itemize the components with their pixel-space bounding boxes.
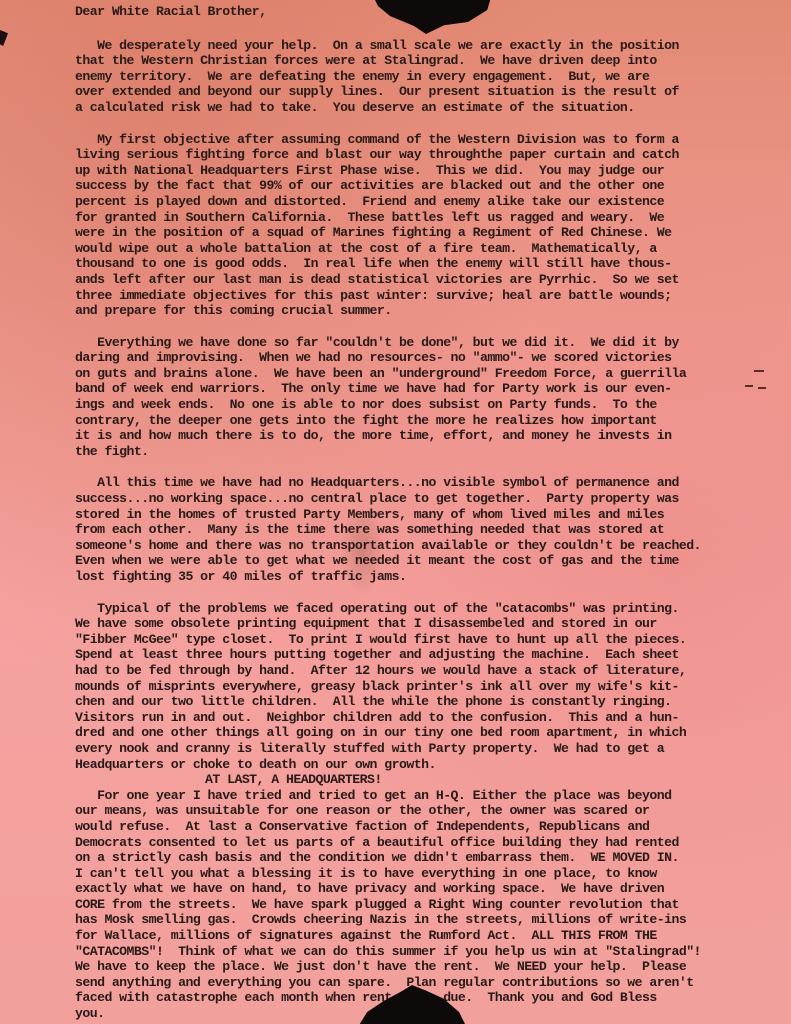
text-line: Headquarters or choke to death on our ow… [75,757,755,773]
paragraph-5: Typical of the problems we faced operati… [75,601,755,773]
text-line: every nook and cranny is literally stuff… [75,741,755,757]
text-line: My first objective after assuming comman… [75,132,755,148]
text-line: had to be fed through by hand. After 12 … [75,663,755,679]
text-line: Typical of the problems we faced operati… [75,601,755,617]
text-line: We have some obsolete printing equipment… [75,616,755,632]
text-line: Democrats consented to let us parts of a… [75,835,755,851]
text-line: on guts and brains alone. We have been a… [75,366,755,382]
text-line: Spend at least three hours putting toget… [75,647,755,663]
text-line: dred and one other things all going on i… [75,725,755,741]
salutation: Dear White Racial Brother, [75,4,755,20]
text-line: exactly what we have on hand, to have pr… [75,881,755,897]
text-line: percent is played down and distorted. Fr… [75,194,755,210]
text-line: thousand to one is good odds. In real li… [75,256,755,272]
text-line: up with National Headquarters First Phas… [75,163,755,179]
text-line: for Wallace, millions of signatures agai… [75,928,755,944]
text-line: chen and our two little children. All th… [75,694,755,710]
text-line: Even when we were able to get what we ne… [75,553,755,569]
paragraph-4: All this time we have had no Headquarter… [75,475,755,584]
text-line: and prepare for this coming crucial summ… [75,303,755,319]
text-line: has Mosk smelling gas. Crowds cheering N… [75,912,755,928]
text-line: CORE from the streets. We have spark plu… [75,897,755,913]
text-line: our means, was unsuitable for one reason… [75,803,755,819]
text-line: success by the fact that 99% of our acti… [75,178,755,194]
text-line: over extended and beyond our supply line… [75,84,755,100]
text-line: three immediate objectives for this past… [75,288,755,304]
text-line: "CATACOMBS"! Think of what we can do thi… [75,944,755,960]
text-line: would refuse. At last a Conservative fac… [75,819,755,835]
text-line: "Fibber McGee" type closet. To print I w… [75,632,755,648]
text-line: All this time we have had no Headquarter… [75,475,755,491]
text-line: success...no working space...no central … [75,491,755,507]
text-line: were in the position of a squad of Marin… [75,225,755,241]
text-line: from each other. Many is the time there … [75,522,755,538]
paragraph-1: We desperately need your help. On a smal… [75,38,755,116]
text-line: Everything we have done so far "couldn't… [75,335,755,351]
text-line: I can't tell you what a blessing it is t… [75,866,755,882]
text-line: someone's home and there was no transpor… [75,538,755,554]
letter-body: Dear White Racial Brother, We desperatel… [75,4,755,1022]
text-line: We have to keep the place. We just don't… [75,959,755,975]
text-line: the fight. [75,444,755,460]
edge-tear-mark [0,30,8,46]
text-line: lost fighting 35 or 40 miles of traffic … [75,569,755,585]
section-heading: AT LAST, A HEADQUARTERS! [75,772,755,788]
text-line: ands left after our last man is dead sta… [75,272,755,288]
text-line: ings and week ends. No one is able to no… [75,397,755,413]
text-line: band of week end warriors. The only time… [75,381,755,397]
text-line: daring and improvising. When we had no r… [75,350,755,366]
text-line: mounds of misprints everywhere, greasy b… [75,679,755,695]
margin-mark [754,370,764,372]
text-line: Visitors run in and out. Neighbor childr… [75,710,755,726]
paragraph-3: Everything we have done so far "couldn't… [75,335,755,460]
text-line: for granted in Southern California. Thes… [75,210,755,226]
text-line: that the Western Christian forces were a… [75,53,755,69]
text-line: on a strictly cash basis and the conditi… [75,850,755,866]
text-line: contrary, the deeper one gets into the f… [75,413,755,429]
letter-page: Dear White Racial Brother, We desperatel… [0,0,791,1024]
margin-mark [758,387,766,389]
text-line: We desperately need your help. On a smal… [75,38,755,54]
text-line: a calculated risk we had to take. You de… [75,100,755,116]
text-line: it is and how much there is to do, the m… [75,428,755,444]
text-line: enemy territory. We are defeating the en… [75,69,755,85]
text-line: stored in the homes of trusted Party Mem… [75,507,755,523]
text-line: For one year I have tried and tried to g… [75,788,755,804]
text-line: living serious fighting force and blast … [75,147,755,163]
paragraph-2: My first objective after assuming comman… [75,132,755,319]
text-line: would wipe out a whole battalion at the … [75,241,755,257]
